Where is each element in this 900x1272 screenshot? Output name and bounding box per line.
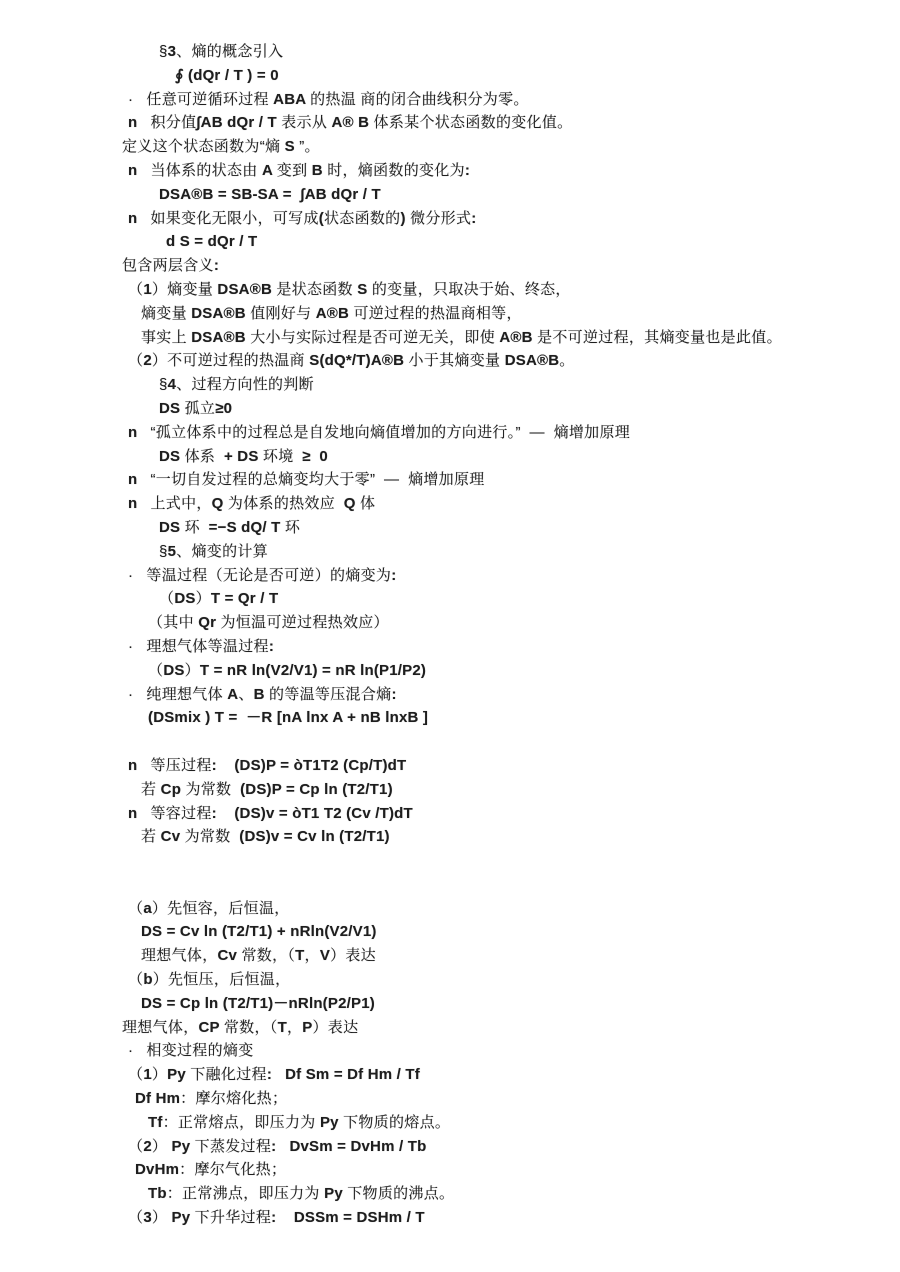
text-line: DS 体系 + DS 环境 ≥ 0 bbox=[0, 445, 900, 469]
text-line: （3） Py 下升华过程: DSSm = DSHm / T bbox=[0, 1206, 900, 1230]
text-line: · 理想气体等温过程: bbox=[0, 635, 900, 659]
text-line: 定义这个状态函数为“熵 S ”。 bbox=[0, 135, 900, 159]
text-line: §3、熵的概念引入 bbox=[0, 40, 900, 64]
text-line: （b）先恒压，后恒温， bbox=[0, 968, 900, 992]
text-line: （其中 Qr 为恒温可逆过程热效应） bbox=[0, 611, 900, 635]
text-line: n 上式中，Q 为体系的热效应 Q 体 bbox=[0, 492, 900, 516]
text-line: ∮ (dQr / T ) = 0 bbox=[0, 64, 900, 88]
text-line bbox=[0, 730, 900, 754]
text-line: DS 环 =−S dQ/ T 环 bbox=[0, 516, 900, 540]
text-line: 包含两层含义: bbox=[0, 254, 900, 278]
text-line: · 任意可逆循环过程 ABA 的热温 商的闭合曲线积分为零。 bbox=[0, 88, 900, 112]
text-line: 理想气体，CP 常数，（T，P）表达 bbox=[0, 1016, 900, 1040]
text-line: 熵变量 DSA®B 值刚好与 A®B 可逆过程的热温商相等， bbox=[0, 302, 900, 326]
text-line: DS 孤立≥0 bbox=[0, 397, 900, 421]
text-line: §4、过程方向性的判断 bbox=[0, 373, 900, 397]
text-line: DvHm：摩尔气化热； bbox=[0, 1158, 900, 1182]
text-line: (DSmix ) T = －R [nA lnx A + nB lnxB ] bbox=[0, 706, 900, 730]
text-line: n “孤立体系中的过程总是自发地向熵值增加的方向进行。” — 熵增加原理 bbox=[0, 421, 900, 445]
text-line: n 等容过程: (DS)v = òT1 T2 (Cv /T)dT bbox=[0, 802, 900, 826]
text-line bbox=[0, 873, 900, 897]
text-line: （1）Py 下融化过程: Df Sm = Df Hm / Tf bbox=[0, 1063, 900, 1087]
text-line: DSA®B = SB-SA = ∫AB dQr / T bbox=[0, 183, 900, 207]
text-line: 若 Cv 为常数 (DS)v = Cv ln (T2/T1) bbox=[0, 825, 900, 849]
text-line: DS = Cv ln (T2/T1) + nRln(V2/V1) bbox=[0, 920, 900, 944]
text-line: §5、熵变的计算 bbox=[0, 540, 900, 564]
text-line: DS = Cp ln (T2/T1)－nRln(P2/P1) bbox=[0, 992, 900, 1016]
text-line: （2） Py 下蒸发过程: DvSm = DvHm / Tb bbox=[0, 1135, 900, 1159]
text-line: n 如果变化无限小，可写成(状态函数的) 微分形式: bbox=[0, 207, 900, 231]
text-line: · 等温过程（无论是否可逆）的熵变为: bbox=[0, 564, 900, 588]
document-body: §3、熵的概念引入∮ (dQr / T ) = 0· 任意可逆循环过程 ABA … bbox=[0, 40, 900, 1230]
text-line: · 相变过程的熵变 bbox=[0, 1039, 900, 1063]
text-line: （DS）T = Qr / T bbox=[0, 587, 900, 611]
text-line: （DS）T = nR ln(V2/V1) = nR ln(P1/P2) bbox=[0, 659, 900, 683]
text-line: 理想气体，Cv 常数，（T，V）表达 bbox=[0, 944, 900, 968]
text-line: （1）熵变量 DSA®B 是状态函数 S 的变量，只取决于始、终态， bbox=[0, 278, 900, 302]
text-line: 事实上 DSA®B 大小与实际过程是否可逆无关，即使 A®B 是不可逆过程，其熵… bbox=[0, 326, 900, 350]
text-line: · 纯理想气体 A、B 的等温等压混合熵: bbox=[0, 683, 900, 707]
text-line: n “一切自发过程的总熵变均大于零” — 熵增加原理 bbox=[0, 468, 900, 492]
text-line: Df Hm：摩尔熔化热； bbox=[0, 1087, 900, 1111]
text-line bbox=[0, 849, 900, 873]
document-page: §3、熵的概念引入∮ (dQr / T ) = 0· 任意可逆循环过程 ABA … bbox=[0, 0, 900, 1272]
text-line: n 积分值∫AB dQr / T 表示从 A® B 体系某个状态函数的变化值。 bbox=[0, 111, 900, 135]
text-line: （2）不可逆过程的热温商 S(dQ*/T)A®B 小于其熵变量 DSA®B。 bbox=[0, 349, 900, 373]
text-line: （a）先恒容，后恒温， bbox=[0, 897, 900, 921]
text-line: Tf：正常熔点，即压力为 Py 下物质的熔点。 bbox=[0, 1111, 900, 1135]
text-line: n 等压过程: (DS)P = òT1T2 (Cp/T)dT bbox=[0, 754, 900, 778]
text-line: Tb：正常沸点，即压力为 Py 下物质的沸点。 bbox=[0, 1182, 900, 1206]
text-line: n 当体系的状态由 A 变到 B 时，熵函数的变化为: bbox=[0, 159, 900, 183]
text-line: d S = dQr / T bbox=[0, 230, 900, 254]
text-line: 若 Cp 为常数 (DS)P = Cp ln (T2/T1) bbox=[0, 778, 900, 802]
